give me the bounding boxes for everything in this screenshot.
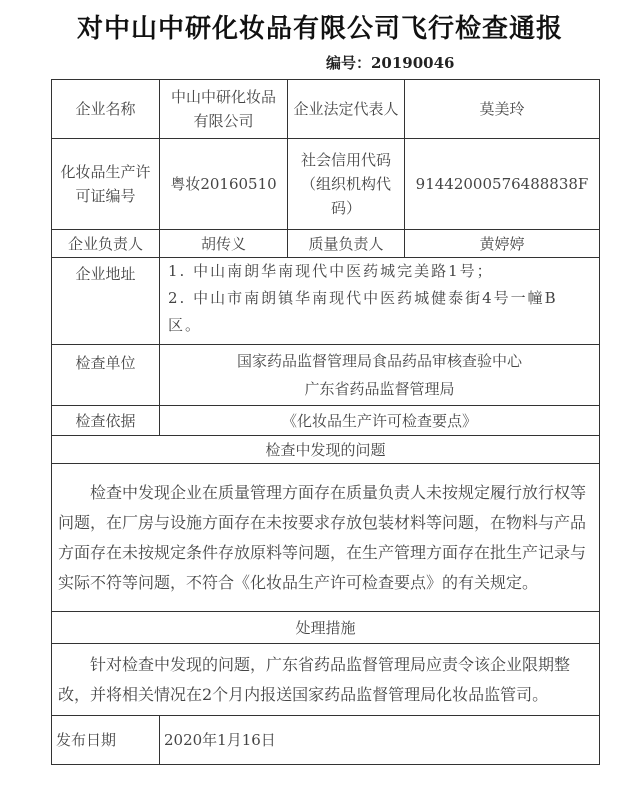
head-label: 企业负责人 <box>52 230 160 258</box>
issues-header: 检查中发现的问题 <box>52 436 600 464</box>
inspection-report-table: 企业名称 中山中研化妆品有限公司 企业法定代表人 莫美玲 化妆品生产许可证编号 … <box>51 79 600 765</box>
measures-text: 针对检查中发现的问题，广东省药品监督管理局应责令该企业限期整改，并将相关情况在2… <box>52 644 600 716</box>
quality-value: 黄婷婷 <box>405 230 600 258</box>
company-name-value: 中山中研化妆品有限公司 <box>160 80 288 139</box>
issues-text: 检查中发现企业在质量管理方面存在质量负责人未按规定履行放行权等问题，在厂房与设施… <box>52 464 600 612</box>
credit-code-value: 91442000576488838F <box>405 139 600 230</box>
legal-rep-value: 莫美玲 <box>405 80 600 139</box>
address-label: 企业地址 <box>52 258 160 345</box>
basis-value: 《化妆品生产许可检查要点》 <box>160 406 600 436</box>
address-value: 1. 中山南朗华南现代中医药城完美路1号； 2. 中山市南朗镇华南现代中医药城健… <box>160 258 600 345</box>
inspector-line-2: 广东省药品监督管理局 <box>164 375 595 403</box>
inspector-label: 检查单位 <box>52 345 160 406</box>
head-value: 胡传义 <box>160 230 288 258</box>
address-line-2: 2. 中山市南朗镇华南现代中医药城健泰街4号一幢B区。 <box>168 285 591 339</box>
measures-header: 处理措施 <box>52 612 600 644</box>
document-title: 对中山中研化妆品有限公司飞行检查通报 <box>0 8 640 45</box>
date-label: 发布日期 <box>52 716 160 765</box>
basis-label: 检查依据 <box>52 406 160 436</box>
legal-rep-label: 企业法定代表人 <box>288 80 405 139</box>
credit-code-label: 社会信用代码（组织机构代码） <box>288 139 405 230</box>
inspector-value: 国家药品监督管理局食品药品审核查验中心 广东省药品监督管理局 <box>160 345 600 406</box>
license-label: 化妆品生产许可证编号 <box>52 139 160 230</box>
company-name-label: 企业名称 <box>52 80 160 139</box>
license-value: 粤妆20160510 <box>160 139 288 230</box>
document-number: 编号：20190046 <box>326 52 455 73</box>
quality-label: 质量负责人 <box>288 230 405 258</box>
inspector-line-1: 国家药品监督管理局食品药品审核查验中心 <box>164 347 595 375</box>
address-line-1: 1. 中山南朗华南现代中医药城完美路1号； <box>168 258 591 285</box>
date-value: 2020年1月16日 <box>160 716 600 765</box>
